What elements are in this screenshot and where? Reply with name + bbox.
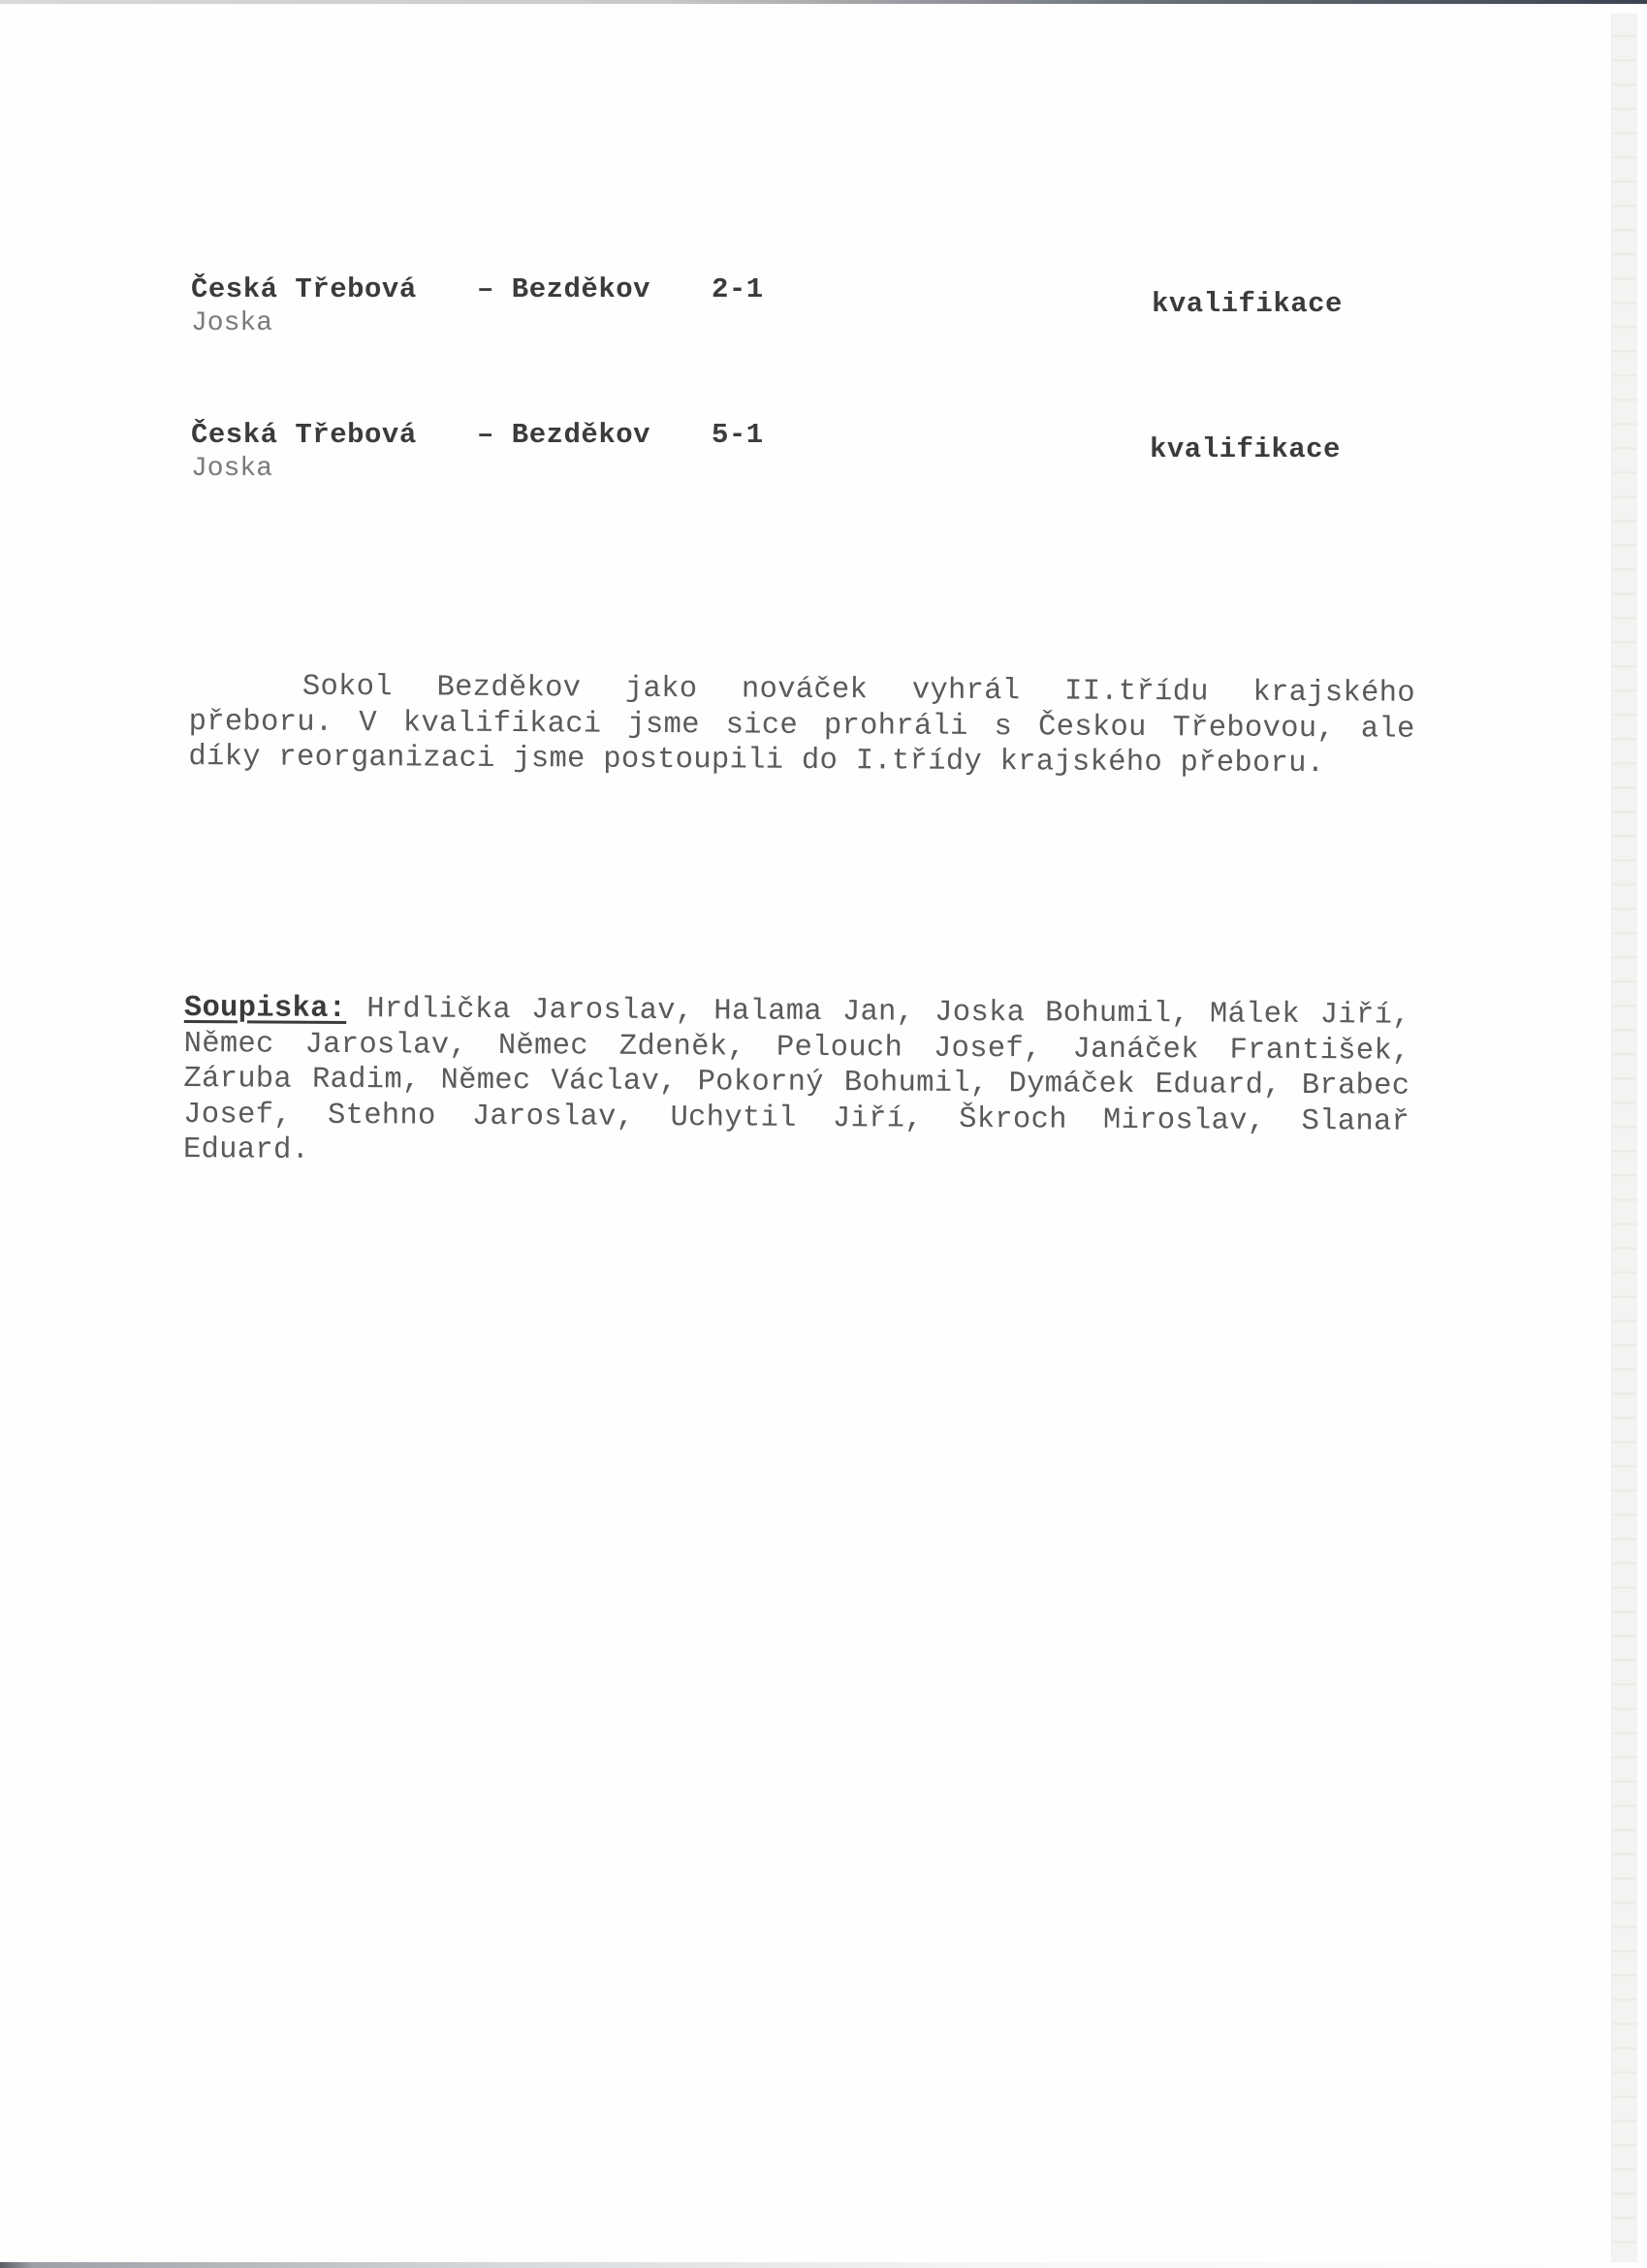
goal-scorer: Joska	[191, 454, 272, 484]
season-summary-paragraph: Sokol Bezděkov jako nováček vyhrál II.tř…	[188, 669, 1415, 783]
roster-players: Hrdlička Jaroslav, Halama Jan, Joska Boh…	[183, 993, 1410, 1167]
home-team: Česká Třebová	[191, 273, 477, 305]
scan-top-edge	[0, 0, 1647, 4]
scan-bottom-edge	[0, 2262, 1647, 2268]
away-team: – Bezděkov	[477, 419, 712, 451]
match-stage: kvalifikace	[1150, 433, 1341, 465]
home-team: Česká Třebová	[191, 419, 477, 451]
roster-label: Soupiska:	[184, 992, 347, 1026]
match-line: Česká Třebová– Bezděkov2-1	[191, 273, 764, 305]
match-stage: kvalifikace	[1152, 288, 1343, 320]
match-score: 2-1	[712, 273, 764, 305]
match-score: 5-1	[712, 419, 764, 451]
match-result-2: Česká Třebová– Bezděkov5-1 Joska kvalifi…	[191, 419, 1451, 487]
binder-strip	[1611, 14, 1637, 2263]
roster-section: Soupiska: Hrdlička Jaroslav, Halama Jan,…	[183, 991, 1410, 1175]
away-team: – Bezděkov	[477, 273, 712, 305]
match-line: Česká Třebová– Bezděkov5-1	[191, 419, 764, 451]
goal-scorer: Joska	[191, 308, 272, 338]
match-result-1: Česká Třebová– Bezděkov2-1 Joska kvalifi…	[191, 273, 1451, 341]
